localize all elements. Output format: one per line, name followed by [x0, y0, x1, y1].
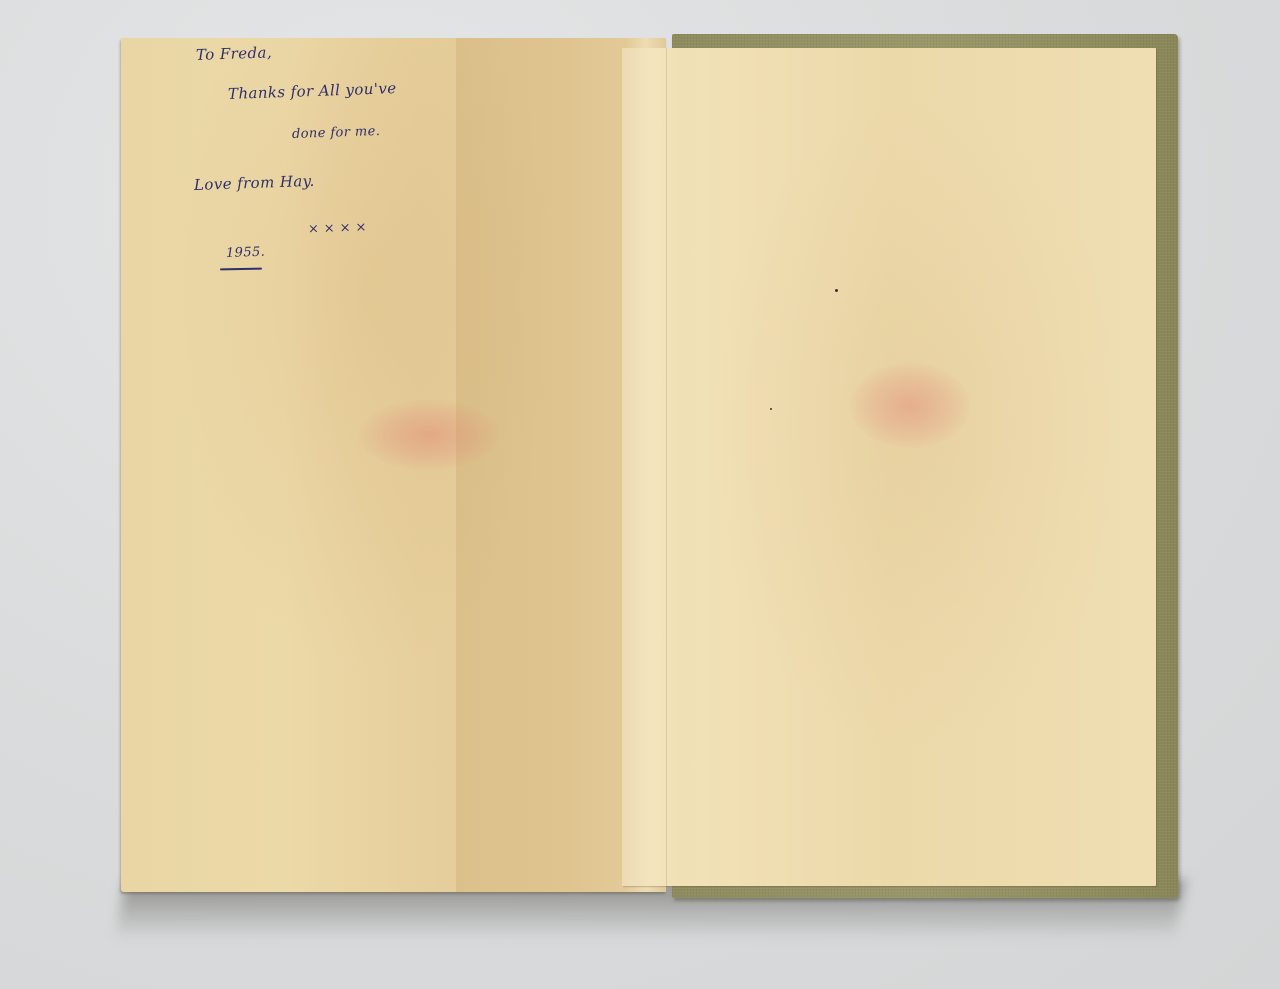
inscription-kisses: × × × ×: [308, 220, 367, 237]
ink-speck: [835, 289, 838, 292]
ink-speck: [770, 408, 772, 410]
right-endpaper: [622, 48, 1156, 886]
book-photograph: To Freda, Thanks for All you've done for…: [0, 0, 1280, 989]
page-discoloration-strip: [456, 38, 631, 892]
lipstick-mark-right: [850, 363, 970, 448]
inscription-line-1: To Freda,: [196, 43, 273, 64]
endpaper-hinge-line: [666, 48, 667, 886]
inscription-year: 1955.: [226, 245, 266, 261]
left-page: [121, 38, 666, 892]
lipstick-mark-left: [359, 400, 499, 470]
endpaper-hinge: [622, 48, 682, 886]
inscription-line-3: done for me.: [292, 124, 381, 142]
